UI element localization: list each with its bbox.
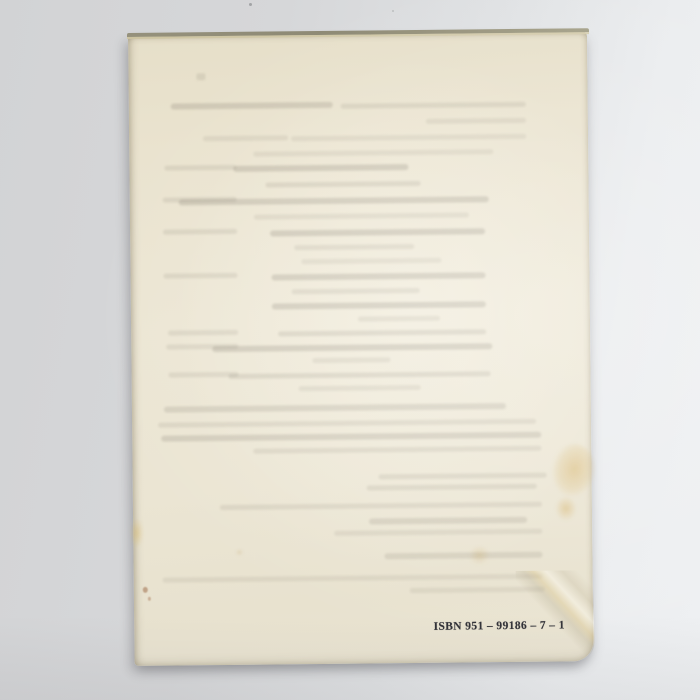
ghost-text-line: [410, 587, 545, 593]
ghost-text-line: [341, 102, 526, 109]
ghost-text-line: [163, 273, 237, 279]
ghost-text-line: [272, 301, 486, 309]
background-speck: [249, 3, 252, 6]
ghost-text-line: [166, 344, 238, 350]
foxing-stain-medium: [553, 493, 579, 523]
ghost-text-line: [299, 385, 421, 391]
ghost-text-line: [229, 371, 491, 379]
ghost-text-line: [220, 502, 542, 510]
ghost-text-line: [253, 446, 541, 454]
ghost-text-line: [203, 135, 288, 141]
ghost-text-line: [358, 316, 440, 322]
ghost-text-line: [292, 288, 420, 294]
ghost-text-line: [312, 357, 390, 363]
brown-speck: [143, 587, 148, 593]
edge-stain-left: [131, 516, 145, 550]
book-back-cover: ISBN 951 – 99186 – 7 – 1: [128, 31, 594, 666]
ghost-text-line: [233, 164, 408, 172]
ghost-text-line: [384, 552, 542, 560]
ghost-text-line: [426, 118, 526, 124]
ghost-text-line: [163, 574, 543, 583]
ghost-text-line: [168, 330, 238, 336]
ghost-text-line: [171, 102, 333, 110]
ghost-text-line: [369, 517, 527, 525]
ghost-text-line: [294, 244, 414, 250]
brown-speck: [148, 597, 151, 601]
ghost-text-line: [334, 529, 542, 536]
ghost-text-line: [253, 149, 493, 157]
ghost-page-mark: [196, 73, 205, 80]
ghost-text-line: [212, 343, 492, 352]
ghost-text-line: [272, 272, 486, 280]
ghost-text-line: [164, 165, 236, 171]
ghost-text-line: [379, 473, 547, 480]
ghost-text-line: [266, 181, 421, 188]
ghost-text-line: [164, 403, 506, 413]
photo-background: ISBN 951 – 99186 – 7 – 1: [0, 0, 700, 700]
bleedthrough-text: [128, 31, 594, 666]
ghost-text-line: [270, 228, 485, 236]
background-speck: [392, 10, 394, 12]
ghost-text-line: [158, 419, 536, 428]
foxing-stain-small: [465, 542, 493, 568]
ghost-text-line: [367, 484, 537, 491]
ghost-text-line: [169, 372, 239, 378]
ghost-text-line: [301, 258, 441, 264]
ghost-text-line: [278, 329, 486, 336]
ghost-text-line: [161, 432, 541, 442]
ghost-text-line: [163, 229, 237, 235]
foxing-stain-dot: [235, 549, 243, 556]
isbn-text: ISBN 951 – 99186 – 7 – 1: [432, 619, 566, 632]
ghost-text-line: [254, 212, 469, 219]
ghost-text-line: [291, 134, 526, 141]
ghost-text-line: [163, 197, 237, 203]
